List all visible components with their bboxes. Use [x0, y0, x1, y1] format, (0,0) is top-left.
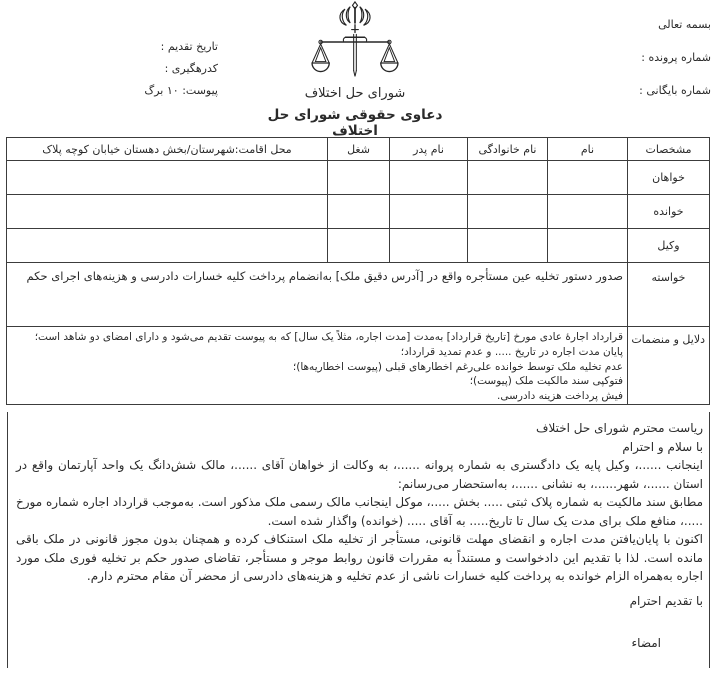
plaintiff-occupation-cell: [328, 161, 390, 195]
body-paragraph: اکنون با پایان‌یافتن مدت اجاره و انقضای …: [16, 530, 703, 586]
claim-text: صدور دستور تخلیه عین مستأجره واقع در [آد…: [7, 263, 628, 327]
plaintiff-father-name-cell: [390, 161, 468, 195]
header-right-block: بسمه تعالی شماره پرونده : شماره بایگانی …: [639, 18, 711, 117]
archive-number-label: شماره بایگانی :: [639, 84, 711, 97]
attorney-father-name-cell: [390, 229, 468, 263]
attorney-first-name-cell: [548, 229, 628, 263]
table-row-evidence: دلایل و منضمات قرارداد اجارهٔ عادی مورخ …: [7, 327, 710, 405]
body-paragraph: اینجانب ......، وکیل پایه یک دادگستری به…: [16, 456, 703, 493]
col-header-first-name: نام: [548, 138, 628, 161]
evidence-item: فیش پرداخت هزینه دادرسی.: [13, 389, 623, 404]
col-header-father-name: نام پدر: [390, 138, 468, 161]
besmele-text: بسمه تعالی: [639, 18, 711, 31]
salutation-line: ریاست محترم شورای حل اختلاف: [16, 419, 703, 438]
judiciary-scales-emblem-icon: [255, 0, 455, 84]
header-left-block: تاریخ تقدیم : کدرهگیری : پیوست: ۱۰ برگ: [78, 40, 218, 106]
header-center-block: شورای حل اختلاف دعاوی حقوقی شورای حل اخت…: [255, 0, 455, 139]
attachment-count-label: پیوست: ۱۰ برگ: [78, 84, 218, 97]
plaintiff-residence-cell: [7, 161, 328, 195]
evidence-item: پایان مدت اجاره در تاریخ ..... و عدم تمد…: [13, 345, 623, 360]
case-number-label: شماره پرونده :: [639, 51, 711, 64]
col-header-occupation: شغل: [328, 138, 390, 161]
evidence-item: عدم تخلیه ملک توسط خوانده علی‌رغم اخطاره…: [13, 360, 623, 375]
defendant-occupation-cell: [328, 195, 390, 229]
parties-table-wrap: مشخصات نام نام خانوادگی نام پدر شغل محل …: [7, 137, 710, 405]
row-label-claim: خواسته: [628, 263, 710, 327]
row-label-attorney: وکیل: [628, 229, 710, 263]
form-title: دعاوی حقوقی شورای حل اختلاف: [255, 107, 455, 139]
org-name: شورای حل اختلاف: [255, 86, 455, 101]
table-row-defendant: خوانده: [7, 195, 710, 229]
tracking-code-label: کدرهگیری :: [78, 62, 218, 75]
row-label-defendant: خوانده: [628, 195, 710, 229]
row-label-evidence: دلایل و منضمات: [628, 327, 710, 405]
table-row-claim: خواسته صدور دستور تخلیه عین مستأجره واقع…: [7, 263, 710, 327]
attorney-occupation-cell: [328, 229, 390, 263]
body-paragraph: مطابق سند مالکیت به شماره پلاک ثبتی ....…: [16, 493, 703, 530]
greeting-line: با سلام و احترام: [16, 438, 703, 457]
plaintiff-first-name-cell: [548, 161, 628, 195]
closing-line: با تقدیم احترام: [16, 592, 703, 611]
plaintiff-last-name-cell: [468, 161, 548, 195]
attorney-last-name-cell: [468, 229, 548, 263]
row-label-plaintiff: خواهان: [628, 161, 710, 195]
defendant-first-name-cell: [548, 195, 628, 229]
petition-form-page: بسمه تعالی شماره پرونده : شماره بایگانی …: [0, 0, 715, 681]
parties-table: مشخصات نام نام خانوادگی نام پدر شغل محل …: [6, 137, 710, 405]
defendant-residence-cell: [7, 195, 328, 229]
evidence-item: فتوکپی سند مالکیت ملک (پیوست)؛: [13, 374, 623, 389]
signature-label: امضاء: [16, 634, 703, 653]
col-header-last-name: نام خانوادگی: [468, 138, 548, 161]
defendant-last-name-cell: [468, 195, 548, 229]
col-header-specs: مشخصات: [628, 138, 710, 161]
evidence-item: قرارداد اجارهٔ عادی مورخ [تاریخ قرارداد]…: [13, 330, 623, 345]
evidence-list: قرارداد اجارهٔ عادی مورخ [تاریخ قرارداد]…: [7, 327, 628, 405]
submit-date-label: تاریخ تقدیم :: [78, 40, 218, 53]
col-header-residence: محل اقامت:شهرستان/بخش دهستان خیابان کوچه…: [7, 138, 328, 161]
table-row-attorney: وکیل: [7, 229, 710, 263]
attorney-residence-cell: [7, 229, 328, 263]
table-row-plaintiff: خواهان: [7, 161, 710, 195]
defendant-father-name-cell: [390, 195, 468, 229]
table-header-row: مشخصات نام نام خانوادگی نام پدر شغل محل …: [7, 138, 710, 161]
petition-body-section: ریاست محترم شورای حل اختلاف با سلام و اح…: [7, 412, 710, 668]
